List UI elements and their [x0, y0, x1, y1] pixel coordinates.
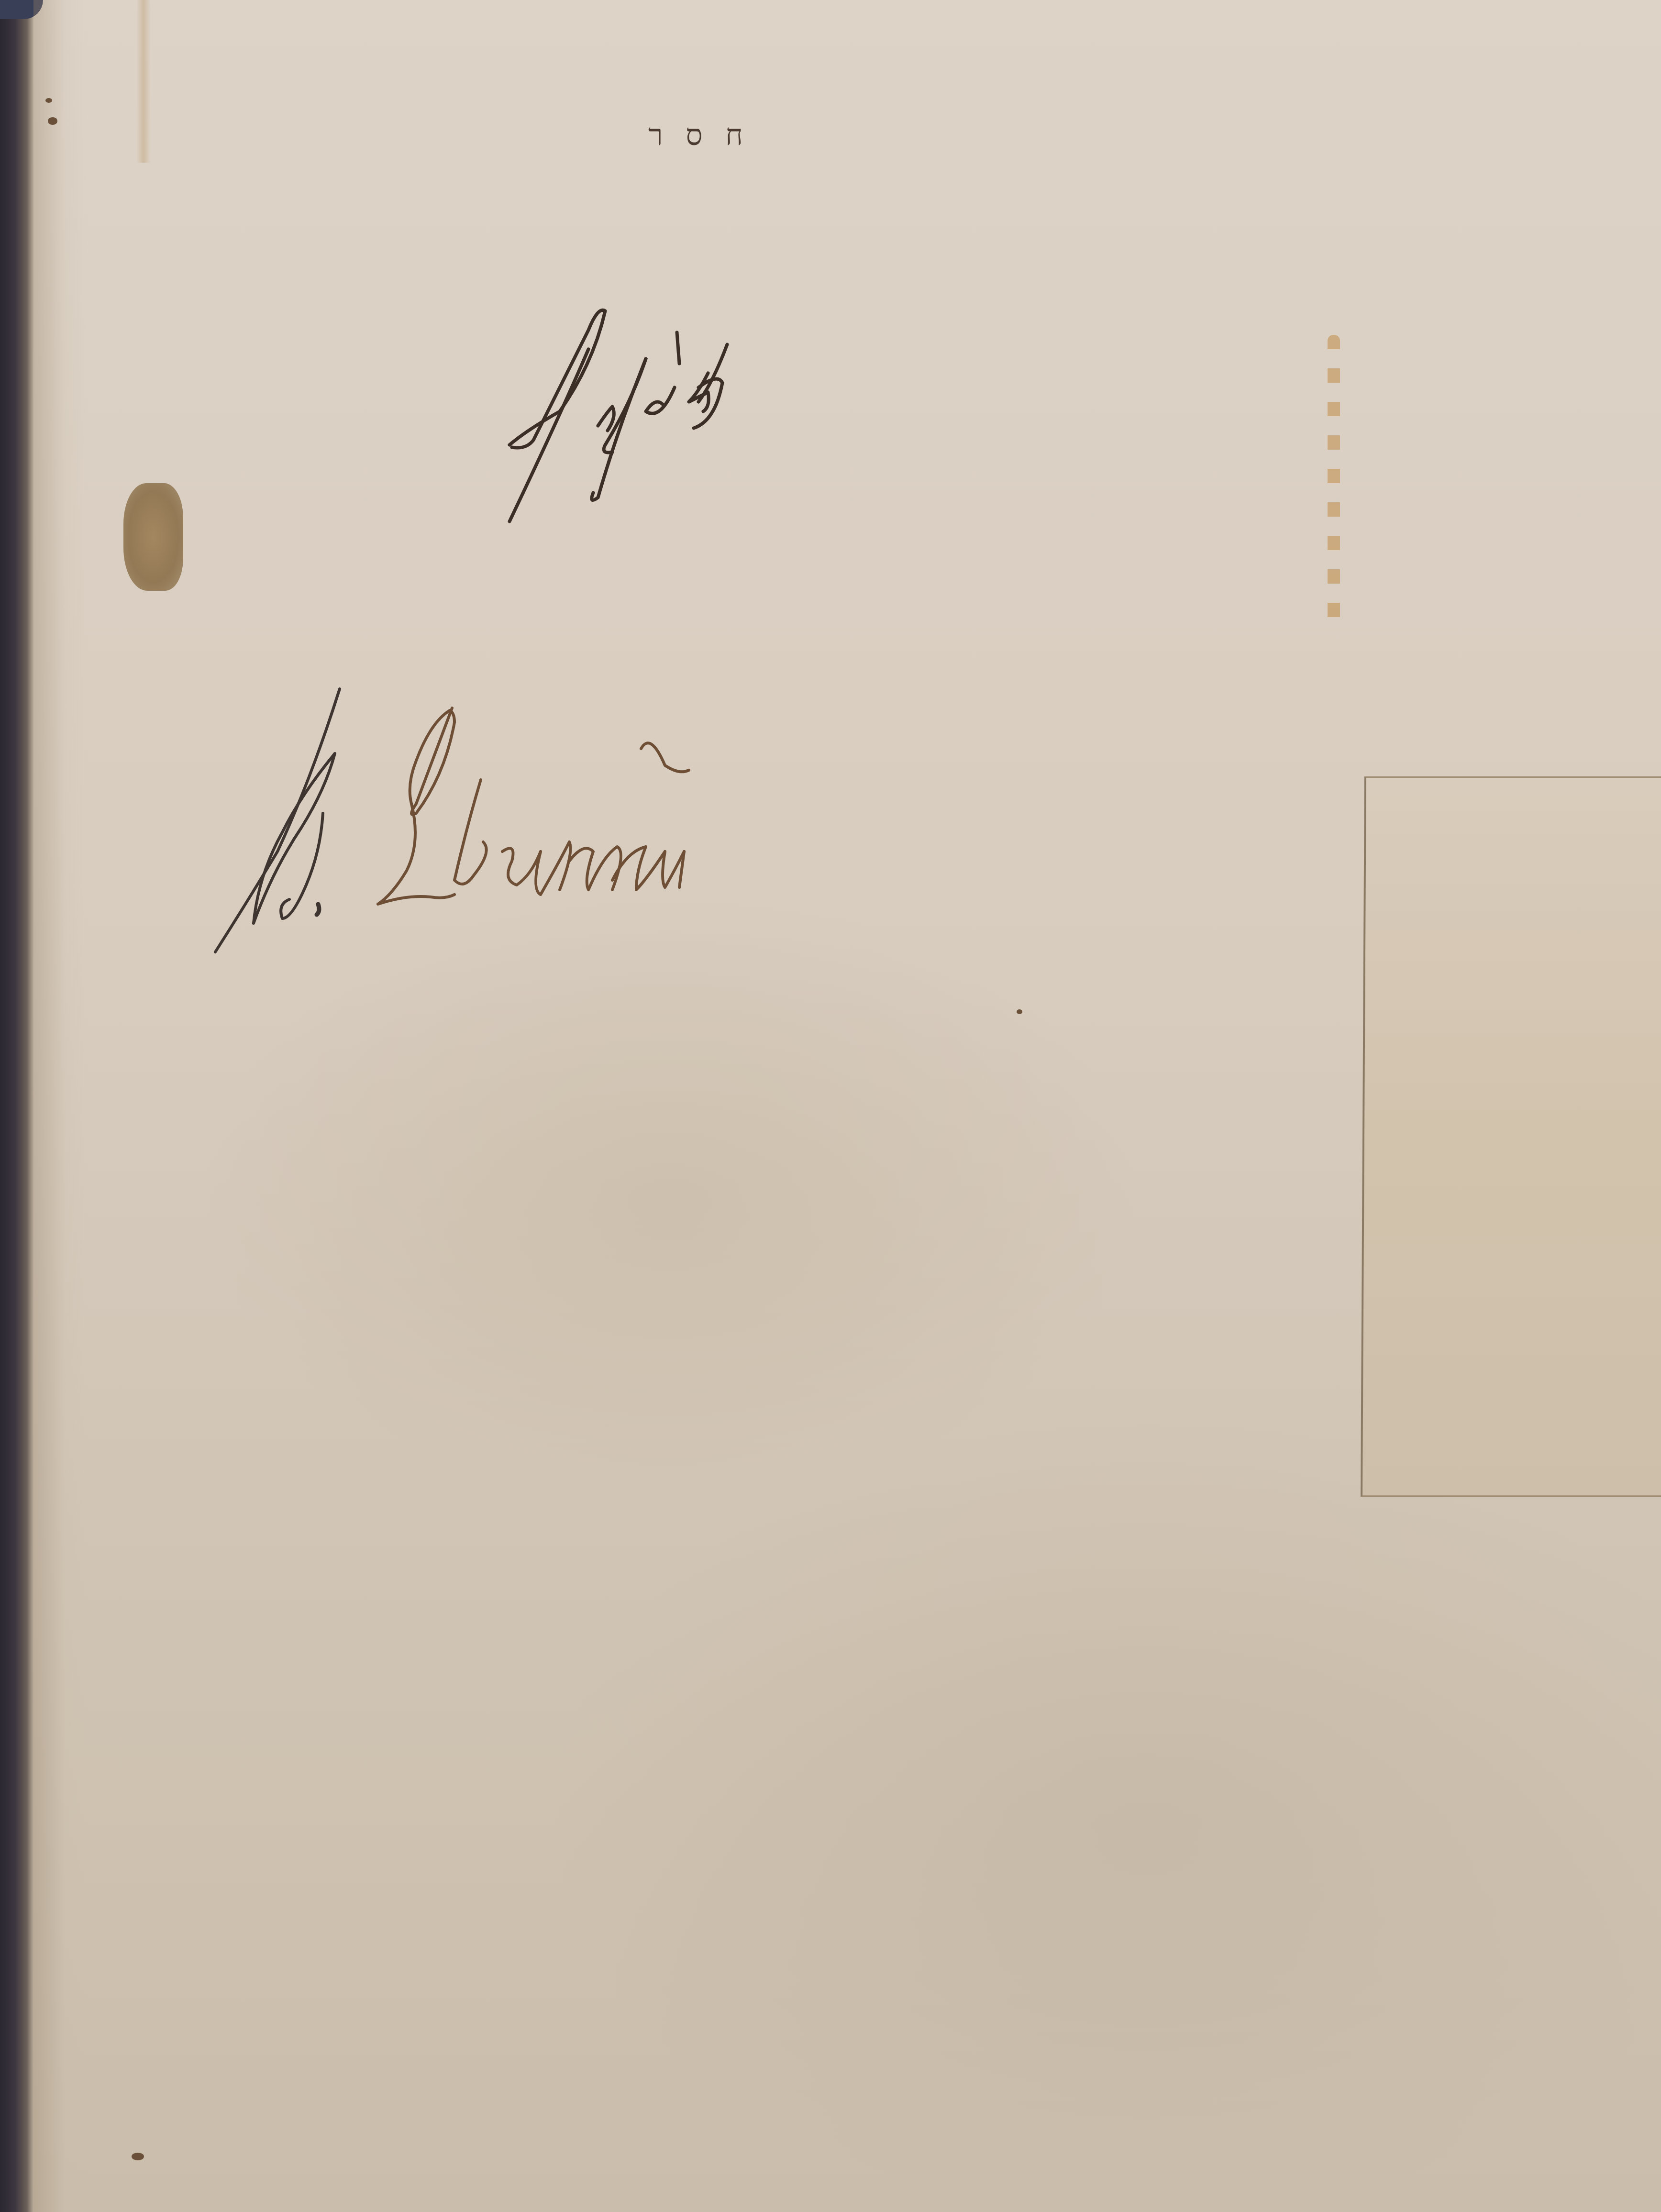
hebrew-note-text: ח ס ר — [648, 117, 750, 152]
ink-speck — [48, 117, 57, 125]
signature: S. Lebermann — [206, 670, 1234, 957]
ink-speck — [1017, 1009, 1022, 1014]
signature-handwriting-icon — [206, 670, 1234, 957]
ink-speck — [132, 2153, 144, 2160]
kurrent-handwriting-icon — [498, 287, 1005, 555]
kurrent-inscription: Gehört — [498, 287, 1005, 555]
hebrew-note: ח ס ר — [648, 117, 750, 153]
flyleaf-page: ח ס ר Gehört — [0, 0, 1661, 2212]
gutter-discoloration — [136, 0, 151, 163]
book-spine-edge — [0, 0, 33, 2212]
pasted-blank-label — [1361, 776, 1661, 1497]
brown-stain — [123, 483, 183, 591]
ink-speck — [45, 98, 52, 103]
foxing-streak — [1328, 335, 1340, 631]
gutter-fold-shadow — [33, 0, 86, 2212]
